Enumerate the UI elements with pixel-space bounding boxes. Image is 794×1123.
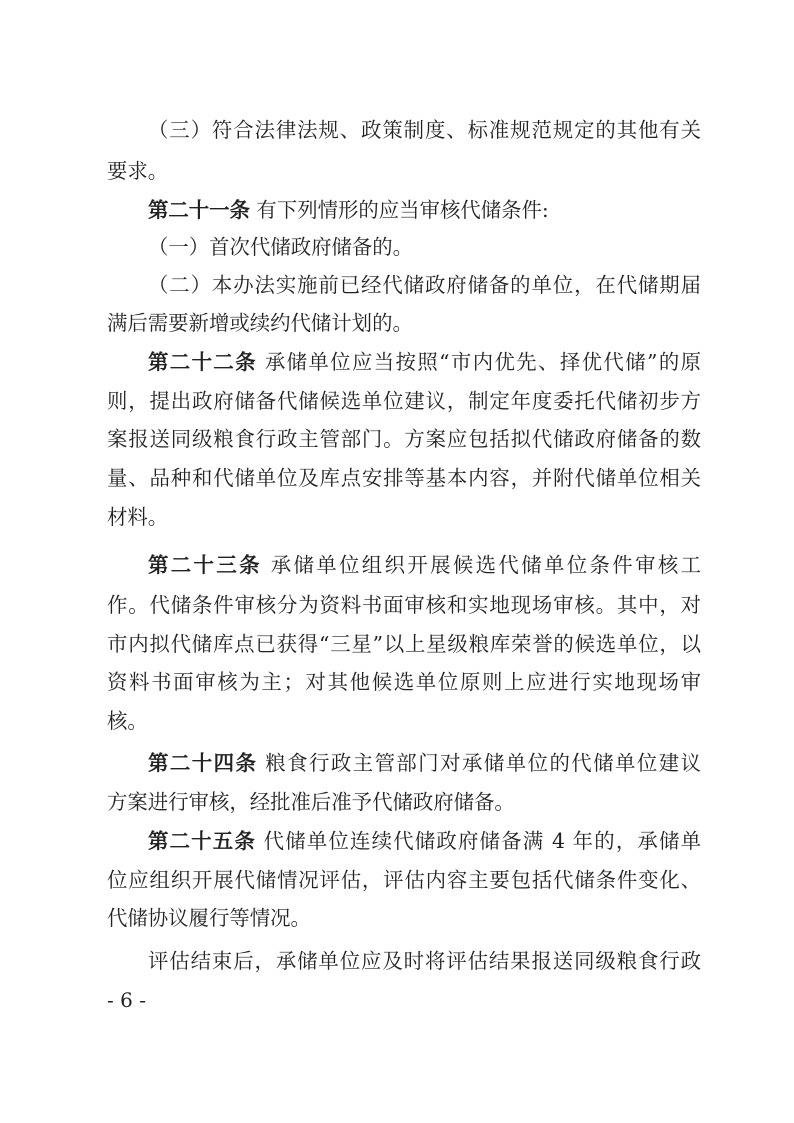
line-text: 作。代储条件审核分为资料书面审核和实地现场审核。其中，对: [107, 593, 701, 617]
line-text: 代储单位连续代储政府储备满 4 年的，承储单: [256, 829, 701, 853]
line-text: 粮食行政主管部门对承储单位的代储单位建议: [257, 751, 701, 775]
text-line: 作。代储条件审核分为资料书面审核和实地现场审核。其中，对: [107, 593, 701, 617]
article-heading: 第二十三条: [148, 553, 262, 577]
line-text: 量、品种和代储单位及库点安排等基本内容，并附代储单位相关: [107, 466, 701, 490]
text-line: （三）符合法律法规、政策制度、标准规范规定的其他有关: [107, 118, 701, 142]
line-text: 市内拟代储库点已获得“三星”以上星级粮库荣誉的候选单位，以: [107, 632, 701, 656]
line-text: 评估结束后，承储单位应及时将评估结果报送同级粮食行政: [148, 949, 701, 973]
line-text: 代储协议履行等情况。: [107, 906, 311, 930]
text-line: 市内拟代储库点已获得“三星”以上星级粮库荣誉的候选单位，以: [107, 632, 701, 656]
article-line: 第二十四条 粮食行政主管部门对承储单位的代储单位建议: [107, 751, 701, 775]
document-page: （三）符合法律法规、政策制度、标准规范规定的其他有关要求。第二十一条 有下列情形…: [0, 0, 794, 1123]
text-line: 核。: [107, 709, 701, 733]
line-text: 核。: [107, 709, 148, 733]
text-line: 量、品种和代储单位及库点安排等基本内容，并附代储单位相关: [107, 466, 701, 490]
text-line: 则，提出政府储备代储候选单位建议，制定年度委托代储初步方: [107, 389, 701, 413]
line-text: 承储单位组织开展候选代储单位条件审核工: [262, 553, 701, 577]
line-text: 材料。: [107, 505, 168, 529]
text-line: （二）本办法实施前已经代储政府储备的单位，在代储期届: [107, 273, 701, 297]
line-text: （一）首次代储政府储备的。: [148, 235, 413, 259]
text-line: 代储协议履行等情况。: [107, 906, 701, 930]
text-line: 评估结束后，承储单位应及时将评估结果报送同级粮食行政: [107, 949, 701, 973]
text-line: 位应组织开展代储情况评估，评估内容主要包括代储条件变化、: [107, 868, 701, 892]
article-heading: 第二十一条: [148, 198, 250, 222]
line-text: 方案进行审核，经批准后准予代储政府储备。: [107, 790, 515, 814]
line-text: 满后需要新增或续约代储计划的。: [107, 311, 413, 335]
article-line: 第二十二条 承储单位应当按照“市内优先、择优代储”的原: [107, 350, 701, 374]
text-line: 案报送同级粮食行政主管部门。方案应包括拟代储政府储备的数: [107, 427, 701, 451]
page-number: - 6 -: [107, 988, 146, 1012]
text-line: 满后需要新增或续约代储计划的。: [107, 311, 701, 335]
line-text: 则，提出政府储备代储候选单位建议，制定年度委托代储初步方: [107, 389, 701, 413]
line-text: 要求。: [107, 159, 168, 183]
article-line: 第二十五条 代储单位连续代储政府储备满 4 年的，承储单: [107, 829, 701, 853]
text-line: 资料书面审核为主；对其他候选单位原则上应进行实地现场审: [107, 670, 701, 694]
line-text: 案报送同级粮食行政主管部门。方案应包括拟代储政府储备的数: [107, 427, 701, 451]
line-text: 位应组织开展代储情况评估，评估内容主要包括代储条件变化、: [107, 868, 701, 892]
text-line: 材料。: [107, 505, 701, 529]
line-text: 资料书面审核为主；对其他候选单位原则上应进行实地现场审: [107, 670, 701, 694]
article-heading: 第二十五条: [148, 829, 256, 853]
text-line: 方案进行审核，经批准后准予代储政府储备。: [107, 790, 701, 814]
text-line: 要求。: [107, 159, 701, 183]
article-line: 第二十三条 承储单位组织开展候选代储单位条件审核工: [107, 553, 701, 577]
line-text: （三）符合法律法规、政策制度、标准规范规定的其他有关: [148, 118, 701, 142]
line-text: 承储单位应当按照“市内优先、择优代储”的原: [257, 350, 701, 374]
article-heading: 第二十二条: [148, 350, 257, 374]
line-text: 有下列情形的应当审核代储条件:: [250, 198, 549, 222]
article-line: 第二十一条 有下列情形的应当审核代储条件:: [107, 198, 701, 222]
line-text: （二）本办法实施前已经代储政府储备的单位，在代储期届: [148, 273, 701, 297]
article-heading: 第二十四条: [148, 751, 257, 775]
text-line: （一）首次代储政府储备的。: [107, 235, 701, 259]
